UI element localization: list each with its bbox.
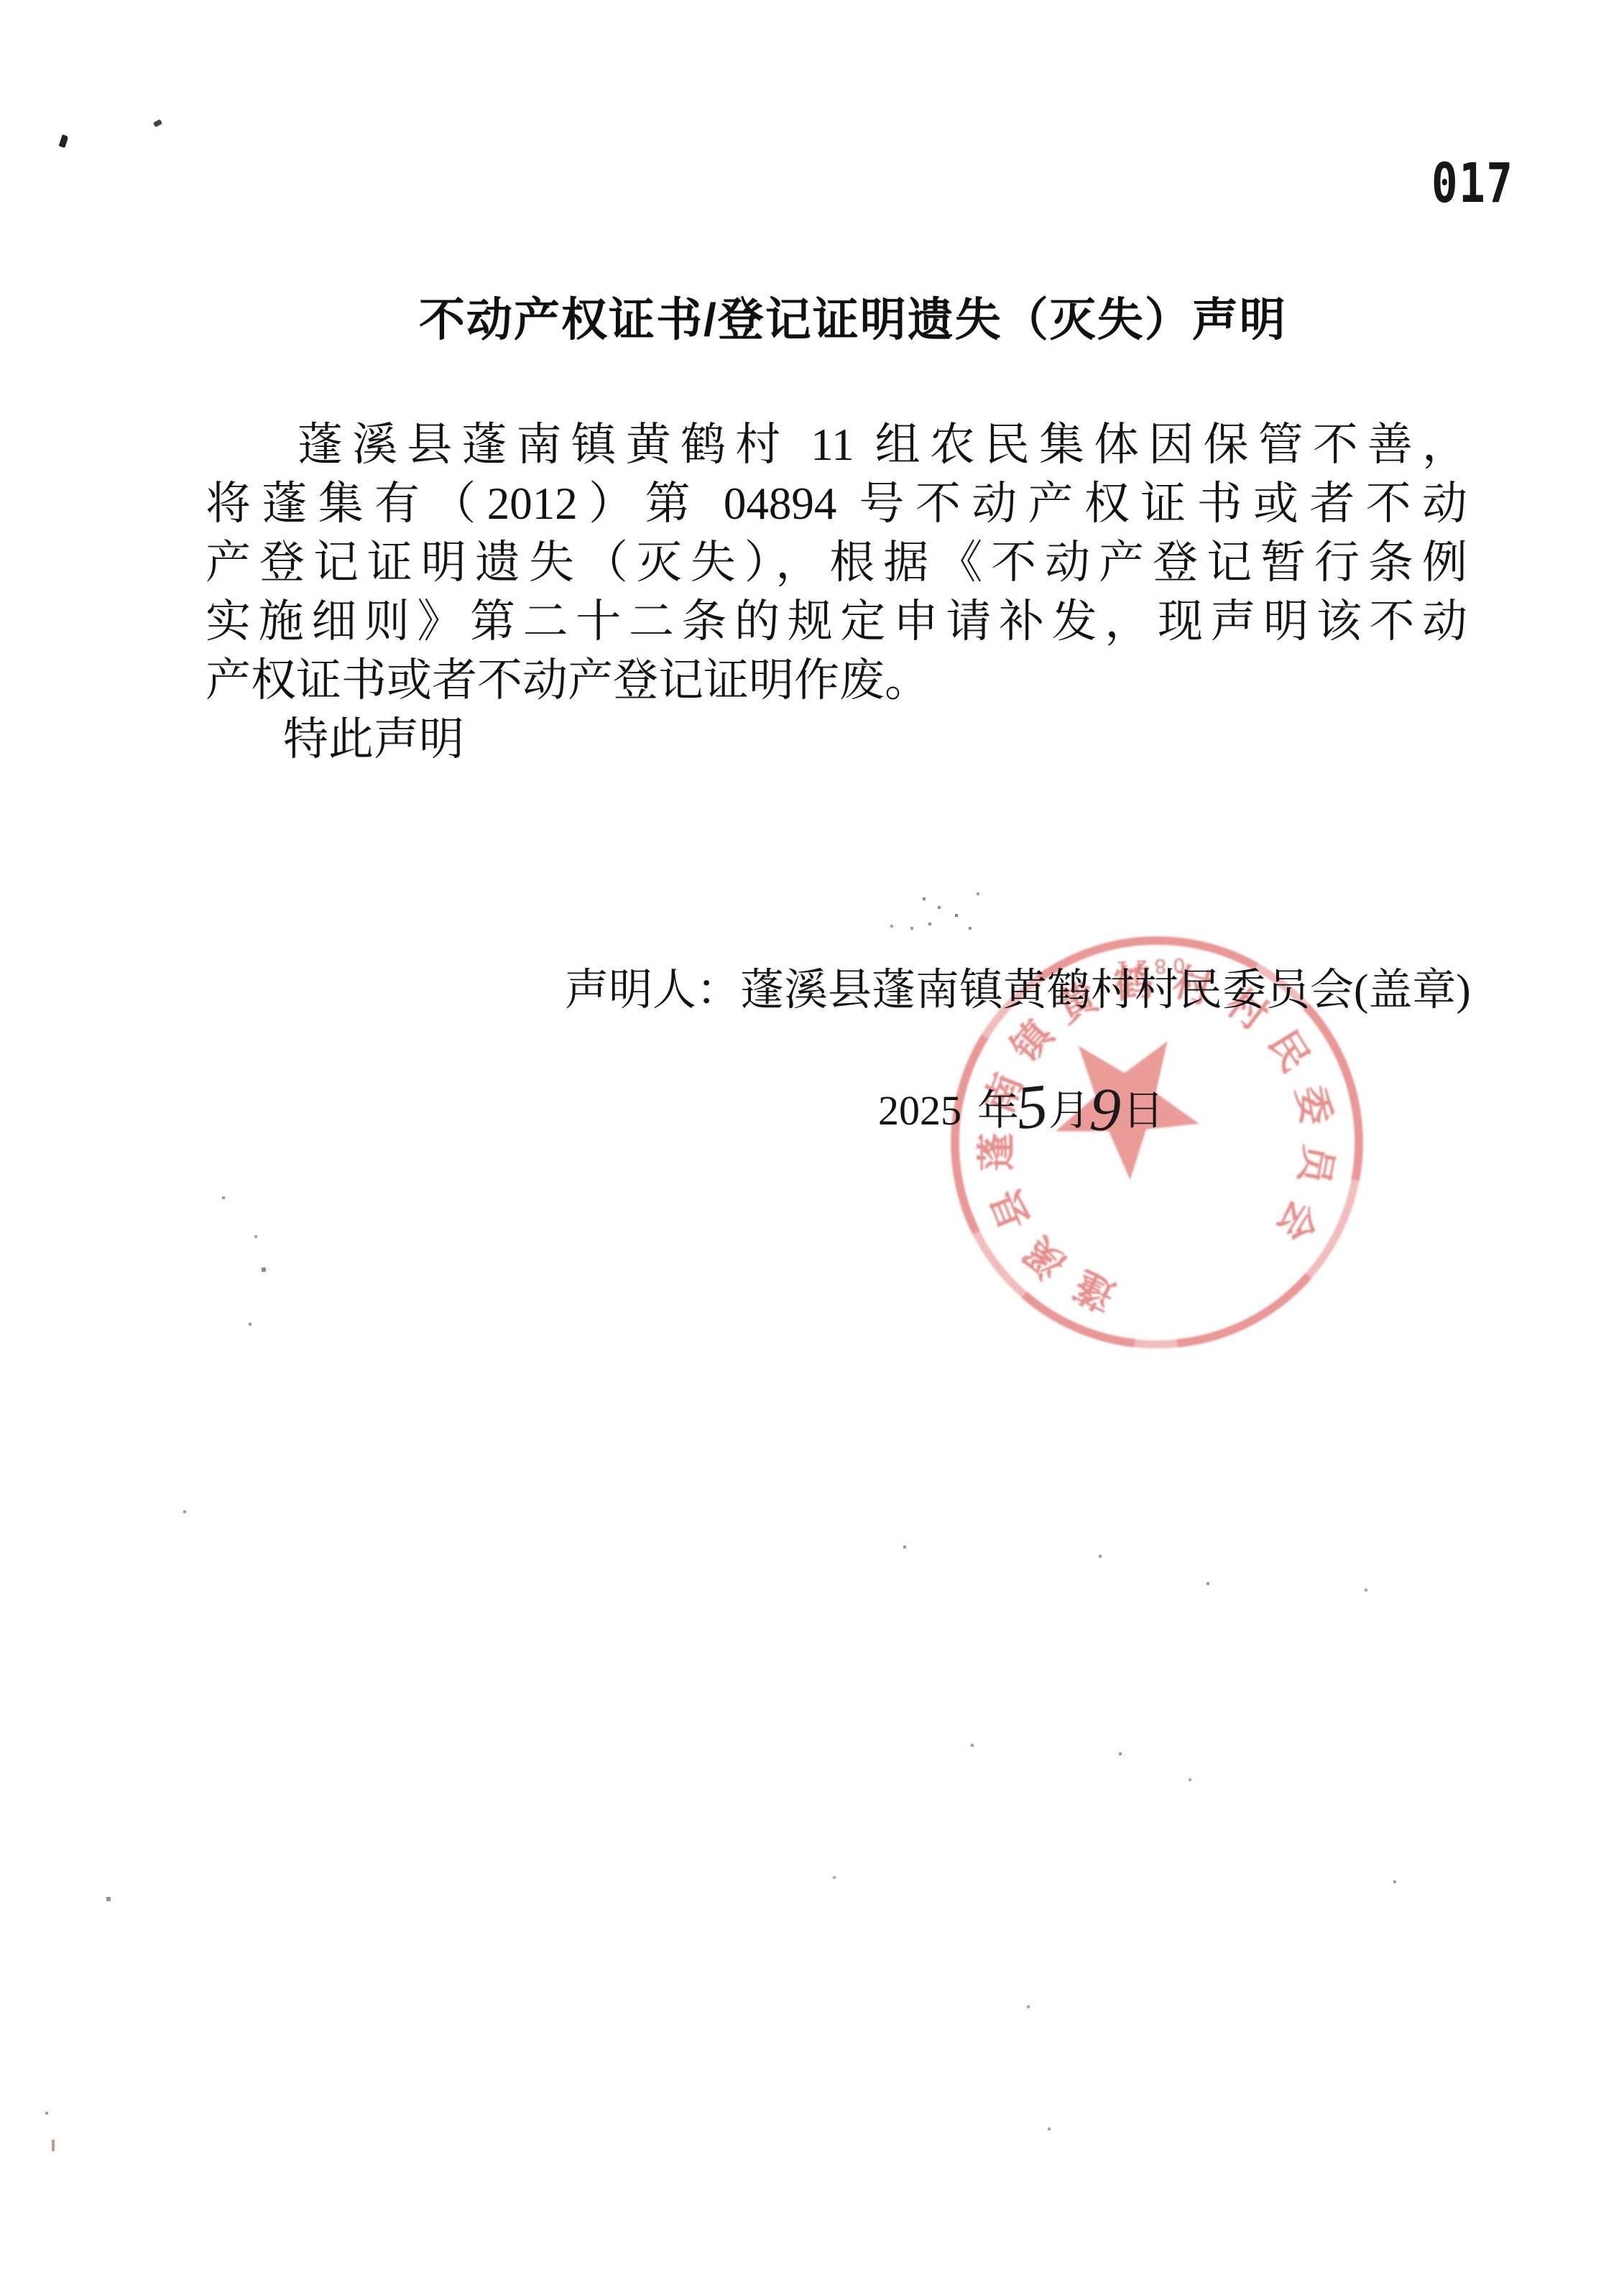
date-month-label: 月 <box>1048 1087 1090 1134</box>
scan-speck <box>153 119 162 127</box>
body-line-5: 产权证书或者不动产登记证明作废。 <box>206 651 1467 710</box>
date-day-handwritten: 9 <box>1089 1080 1122 1139</box>
body-line-4: 实施细则》第二十二条的规定申请补发，现声明该不动 <box>206 592 1467 651</box>
document-body: 蓬溪县蓬南镇黄鹤村 11 组农民集体因保管不善， 将蓬集有（2012）第 048… <box>206 415 1467 769</box>
date-line: 2025年5月9日 <box>878 1075 1164 1140</box>
body-line-2: 将蓬集有（2012）第 04894 号不动产权证书或者不动 <box>206 474 1467 533</box>
scan-speck <box>59 134 69 148</box>
declarant-line: 声明人：蓬溪县蓬南镇黄鹤村村民委员会(盖章) <box>565 965 1471 1017</box>
scanned-declaration-page: 017 不动产权证书/登记证明遗失（灭失）声明 蓬溪县蓬南镇黄鹤村 11 组农民… <box>0 0 1624 2277</box>
body-line-3: 产登记证明遗失（灭失），根据《不动产登记暂行条例 <box>206 533 1467 592</box>
body-line-1: 蓬溪县蓬南镇黄鹤村 11 组农民集体因保管不善， <box>206 415 1467 474</box>
page-number: 017 <box>1431 151 1514 215</box>
date-year-label: 年 <box>977 1087 1019 1134</box>
scan-noise-dots <box>0 0 1 1</box>
scan-speck <box>52 2140 55 2151</box>
body-line-6: 特此声明 <box>206 710 1467 769</box>
date-day-label: 日 <box>1122 1087 1164 1134</box>
document-title: 不动产权证书/登记证明遗失（灭失）声明 <box>419 283 1287 349</box>
date-month-handwritten: 5 <box>1013 1076 1050 1137</box>
date-year: 2025 <box>878 1087 961 1134</box>
